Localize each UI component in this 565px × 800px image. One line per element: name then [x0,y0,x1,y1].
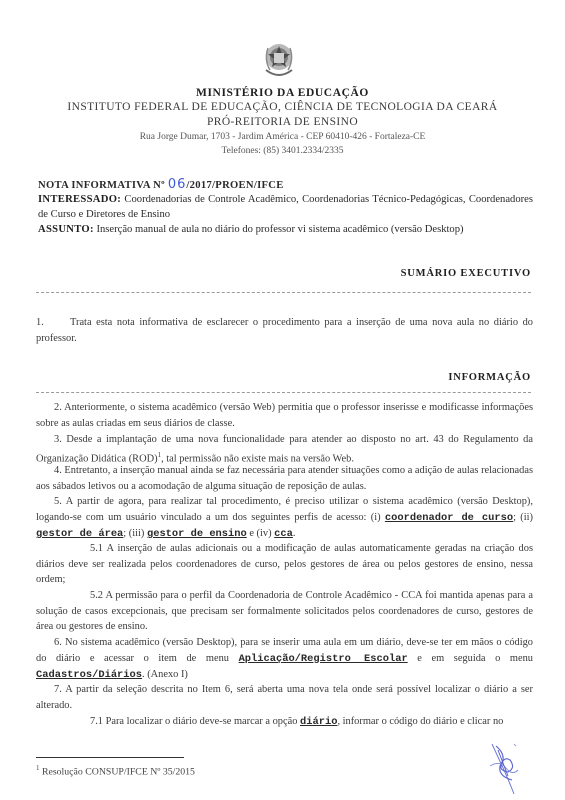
document-page: MINISTÉRIO DA EDUCAÇÃO INSTITUTO FEDERAL… [0,0,565,800]
interessado-label: INTERESSADO: [38,194,121,205]
paragraph-2: 2. Anteriormente, o sistema acadêmico (v… [36,400,533,431]
role-cca: cca [274,528,293,540]
paragraph-5: 5. A partir de agora, para realizar tal … [36,494,533,543]
note-number-handwritten: 06 [168,177,187,192]
paragraph-5-sep: e (iv) [247,528,274,539]
pro-reitoria-heading: PRÓ-REITORIA DE ENSINO [0,116,565,128]
assunto-field: ASSUNTO: Inserção manual de aula no diár… [38,222,533,237]
paragraph-1-text: Trata esta nota informativa de esclarece… [36,317,533,344]
paragraph-7: 7. A partir da seleção descrita no Item … [36,682,533,713]
paragraph-5-1: 5.1 A inserção de aulas adicionais ou a … [36,541,533,588]
assunto-text: Inserção manual de aula no diário do pro… [96,224,463,235]
signature-icon [486,740,526,796]
role-coordenador-de-curso: coordenador de curso [385,512,513,524]
section-heading-informacao: INFORMAÇÃO [448,372,531,383]
paragraph-3: 3. Desde a implantação de uma nova funci… [36,432,533,467]
address-line: Rua Jorge Dumar, 1703 - Jardim América -… [0,132,565,142]
paragraph-7-1-text-a: 7.1 Para localizar o diário deve-se marc… [90,716,300,727]
assunto-label: ASSUNTO: [38,224,94,235]
footnote-rule [36,757,184,758]
phones-line: Telefones: (85) 3401.2334/2335 [0,146,565,156]
note-title-prefix: NOTA INFORMATIVA Nº [38,180,165,191]
menu-path-cadastros-diarios: Cadastros/Diários [36,669,142,681]
paragraph-7-1-text-b: , informar o código do diário e clicar n… [337,716,503,727]
ministry-heading: MINISTÉRIO DA EDUCAÇÃO [0,87,565,99]
paragraph-5-sep: ; (iii) [123,528,147,539]
interessado-field: INTERESSADO: Coordenadorias de Controle … [38,192,533,222]
paragraph-5-2: 5.2 A permissão para o perfil da Coorden… [36,588,533,635]
note-title-suffix: /2017/PROEN/IFCE [186,180,283,191]
coat-of-arms-icon [262,40,296,80]
footnote: 1 Resolução CONSUP/IFCE Nº 35/2015 [36,764,195,777]
menu-path-registro-escolar: Aplicação/Registro Escolar [239,653,408,665]
role-gestor-de-area: gestor de área [36,528,123,540]
paragraph-4: 4. Entretanto, a inserção manual ainda s… [36,463,533,494]
institute-heading: INSTITUTO FEDERAL DE EDUCAÇÃO, CIÊNCIA D… [0,101,565,113]
paragraph-1: 1.Trata esta nota informativa de esclare… [36,315,533,346]
paragraph-6-text-b: e em seguida o menu [408,653,533,664]
paragraph-5-sep: ; (ii) [513,512,533,523]
option-diario: diário [300,716,337,728]
footnote-text: Resolução CONSUP/IFCE Nº 35/2015 [40,766,195,777]
paragraph-5-end: . [293,528,296,539]
section-heading-sumario: SUMÁRIO EXECUTIVO [401,268,531,279]
paragraph-7-1: 7.1 Para localizar o diário deve-se marc… [36,714,533,731]
paragraph-6-text-c: . (Anexo I) [142,669,188,680]
role-gestor-de-ensino: gestor de ensino [147,528,247,540]
paragraph-1-number: 1. [36,315,70,331]
section-divider [36,292,531,293]
paragraph-6: 6. No sistema acadêmico (versão Desktop)… [36,635,533,684]
note-title: NOTA INFORMATIVA Nº 06/2017/PROEN/IFCE [38,177,533,193]
section-divider [36,392,531,393]
